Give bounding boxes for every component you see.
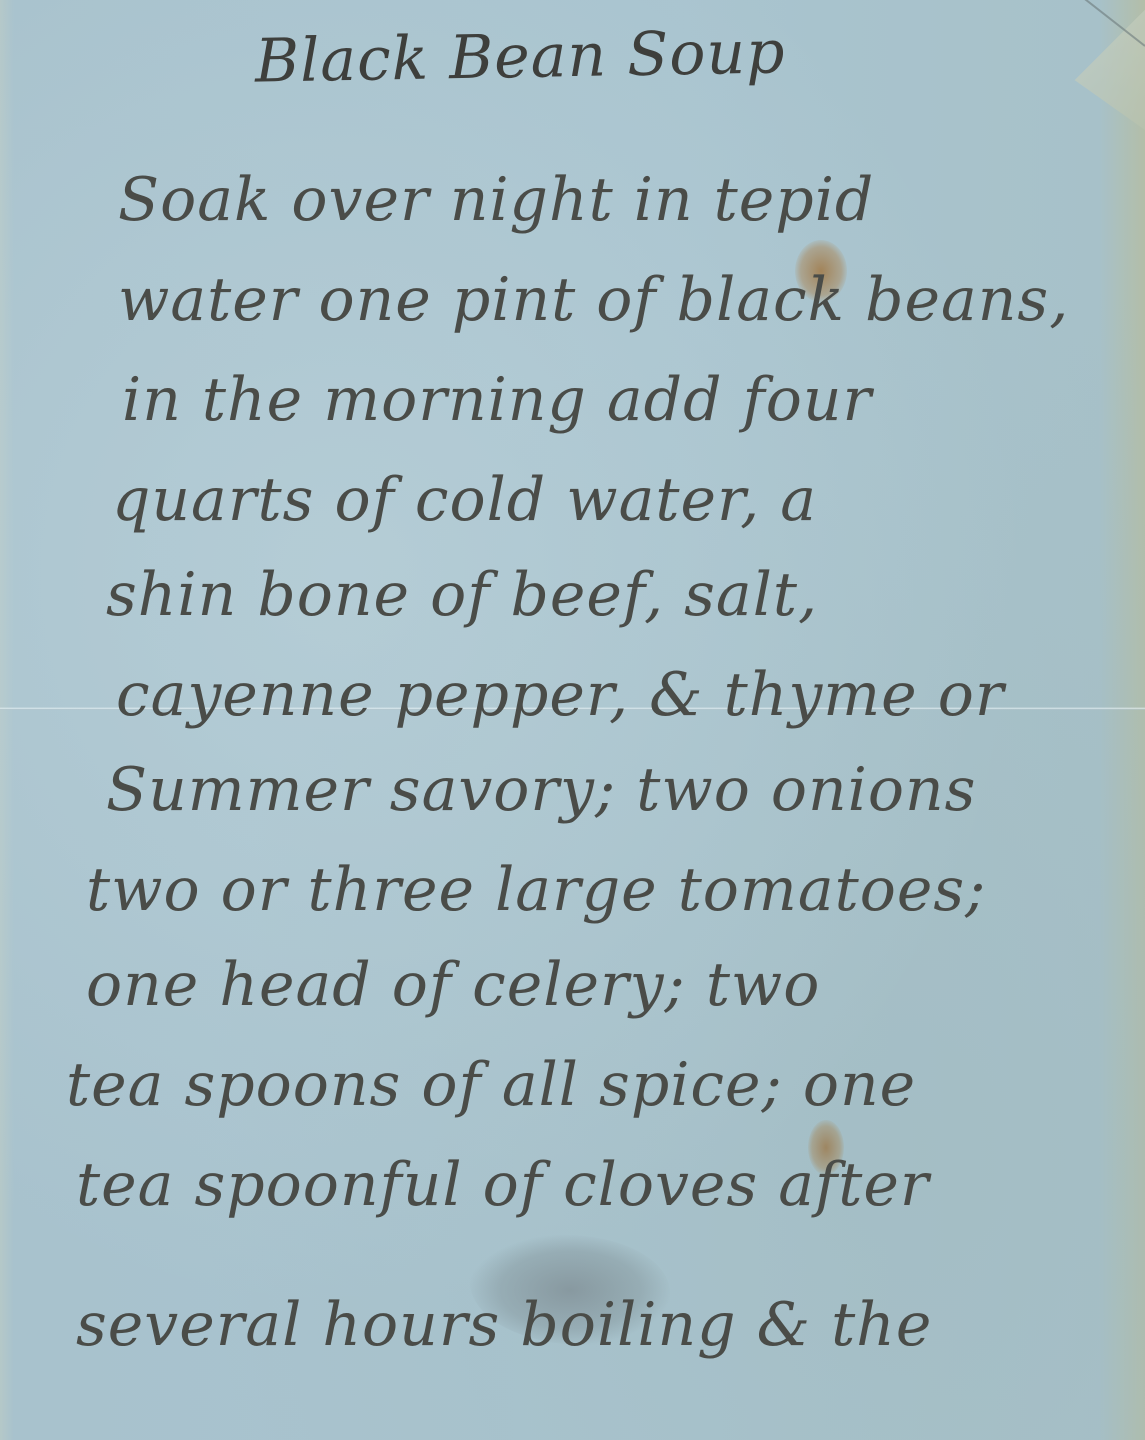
recipe-line: two or three large tomatoes; <box>86 855 986 925</box>
recipe-line: in the morning add four <box>122 365 872 435</box>
recipe-title: Black Bean Soup <box>254 17 786 96</box>
recipe-line: cayenne pepper, & thyme or <box>116 660 1005 730</box>
recipe-line: Soak over night in tepid <box>118 165 874 235</box>
recipe-line: water one pint of black beans, <box>118 265 1069 335</box>
recipe-line: tea spoons of all spice; one <box>66 1050 916 1120</box>
recipe-line: one head of celery; two <box>86 950 820 1020</box>
recipe-line: shin bone of beef, salt, <box>106 560 818 630</box>
recipe-line: Summer savory; two onions <box>106 755 976 825</box>
recipe-line: several hours boiling & the <box>76 1290 932 1360</box>
recipe-line: tea spoonful of cloves after <box>76 1150 930 1220</box>
folded-corner <box>1035 0 1145 130</box>
recipe-line: quarts of cold water, a <box>112 465 817 535</box>
recipe-page: Black Bean Soup Soak over night in tepid… <box>0 0 1145 1440</box>
